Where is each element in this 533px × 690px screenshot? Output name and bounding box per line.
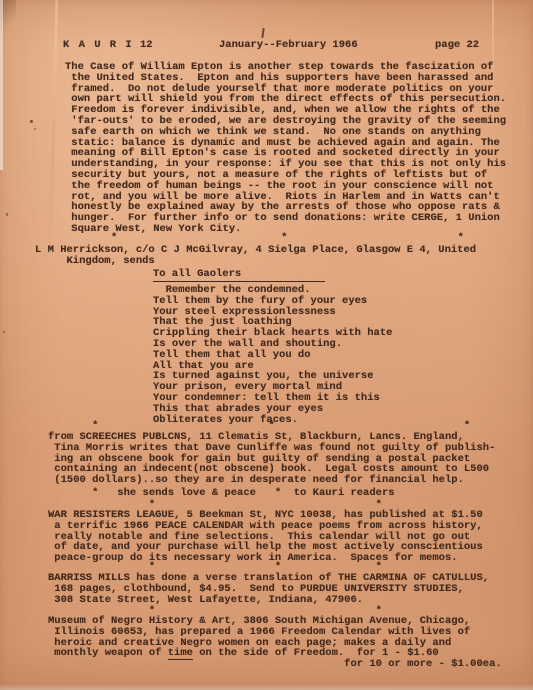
- paper-corner-shadow: [0, 0, 16, 34]
- zine-page: K A U R I 12 January--February 1966 page…: [0, 0, 533, 690]
- poem-title-line: To all Gaolers: [153, 269, 325, 280]
- masthead-title: K A U R I: [63, 40, 133, 51]
- correspondent-line: L M Herrickson, c/o C J McGilvray, 4 Sie…: [35, 245, 476, 267]
- paper-speck: [3, 331, 5, 333]
- page-number: page 22: [435, 40, 479, 51]
- museum-price-line: for 10 or more - $1.00ea.: [48, 659, 502, 670]
- section-separator: * * *: [48, 233, 464, 244]
- poem-title: To all Gaolers: [153, 268, 325, 282]
- epton-paragraph: The Case of William Epton is another ste…: [65, 62, 506, 235]
- issue-date: January--February 1966: [219, 40, 358, 51]
- museum-note: Museum of Negro History & Art, 3806 Sout…: [48, 616, 470, 648]
- paper-speck: [6, 213, 8, 216]
- screeches-note: from SCREECHES PUBLCNS, 11 Clematis St, …: [48, 432, 495, 486]
- war-resisters-note: WAR RESISTERS LEAGUE, 5 Beekman St, NYC …: [48, 510, 483, 564]
- love-peace-line: * she sends love & peace * to Kauri read…: [48, 488, 395, 499]
- paper-speck: [34, 128, 36, 130]
- poem-body: Remember the condemned. Tell them by the…: [153, 285, 392, 425]
- paper-speck: [30, 120, 33, 123]
- paper-edge: [0, 0, 3, 170]
- issue-number: 12: [140, 40, 153, 51]
- barriss-mills-note: BARRISS MILLS has done a verse translati…: [48, 573, 489, 605]
- page-content: K A U R I 12 January--February 1966 page…: [48, 0, 525, 690]
